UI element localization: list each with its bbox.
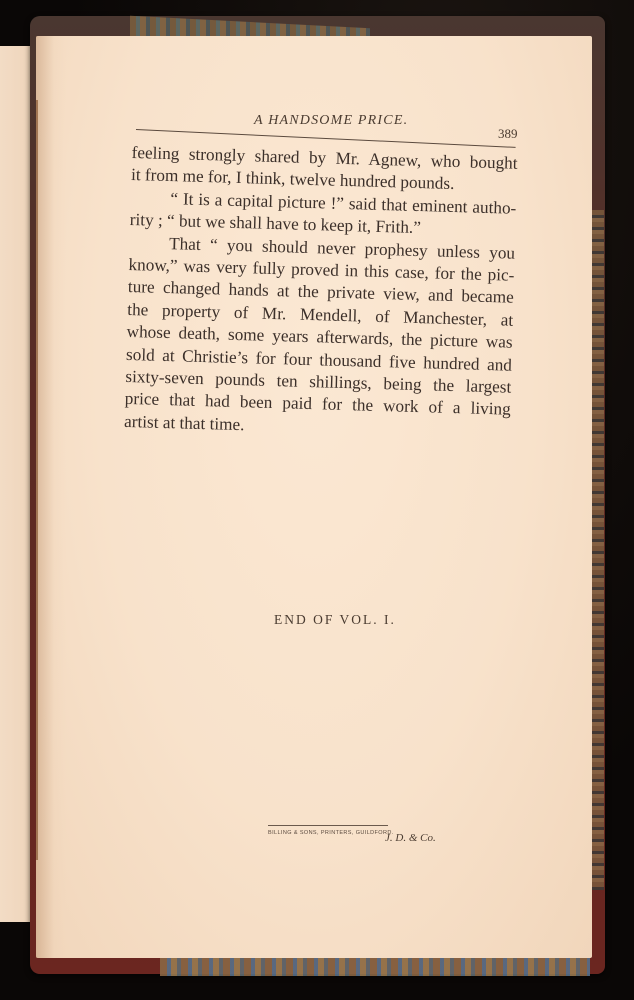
- imprint-rule: [268, 825, 388, 826]
- binding-stitch: [36, 100, 38, 860]
- marbled-fore-edge: [592, 210, 604, 890]
- page-number: 389: [498, 126, 518, 142]
- page-gutter: [36, 36, 66, 958]
- end-of-volume-marker: END OF VOL. I.: [274, 612, 396, 628]
- marbled-bottom-edge: [160, 958, 590, 976]
- printer-monogram: J. D. & Co.: [385, 832, 436, 844]
- running-head: A HANDSOME PRICE.: [254, 113, 408, 129]
- body-text: feeling strongly shared by Mr. Agnew, wh…: [124, 142, 518, 444]
- printer-imprint: BILLING & SONS, PRINTERS, GUILDFORD.: [268, 830, 394, 836]
